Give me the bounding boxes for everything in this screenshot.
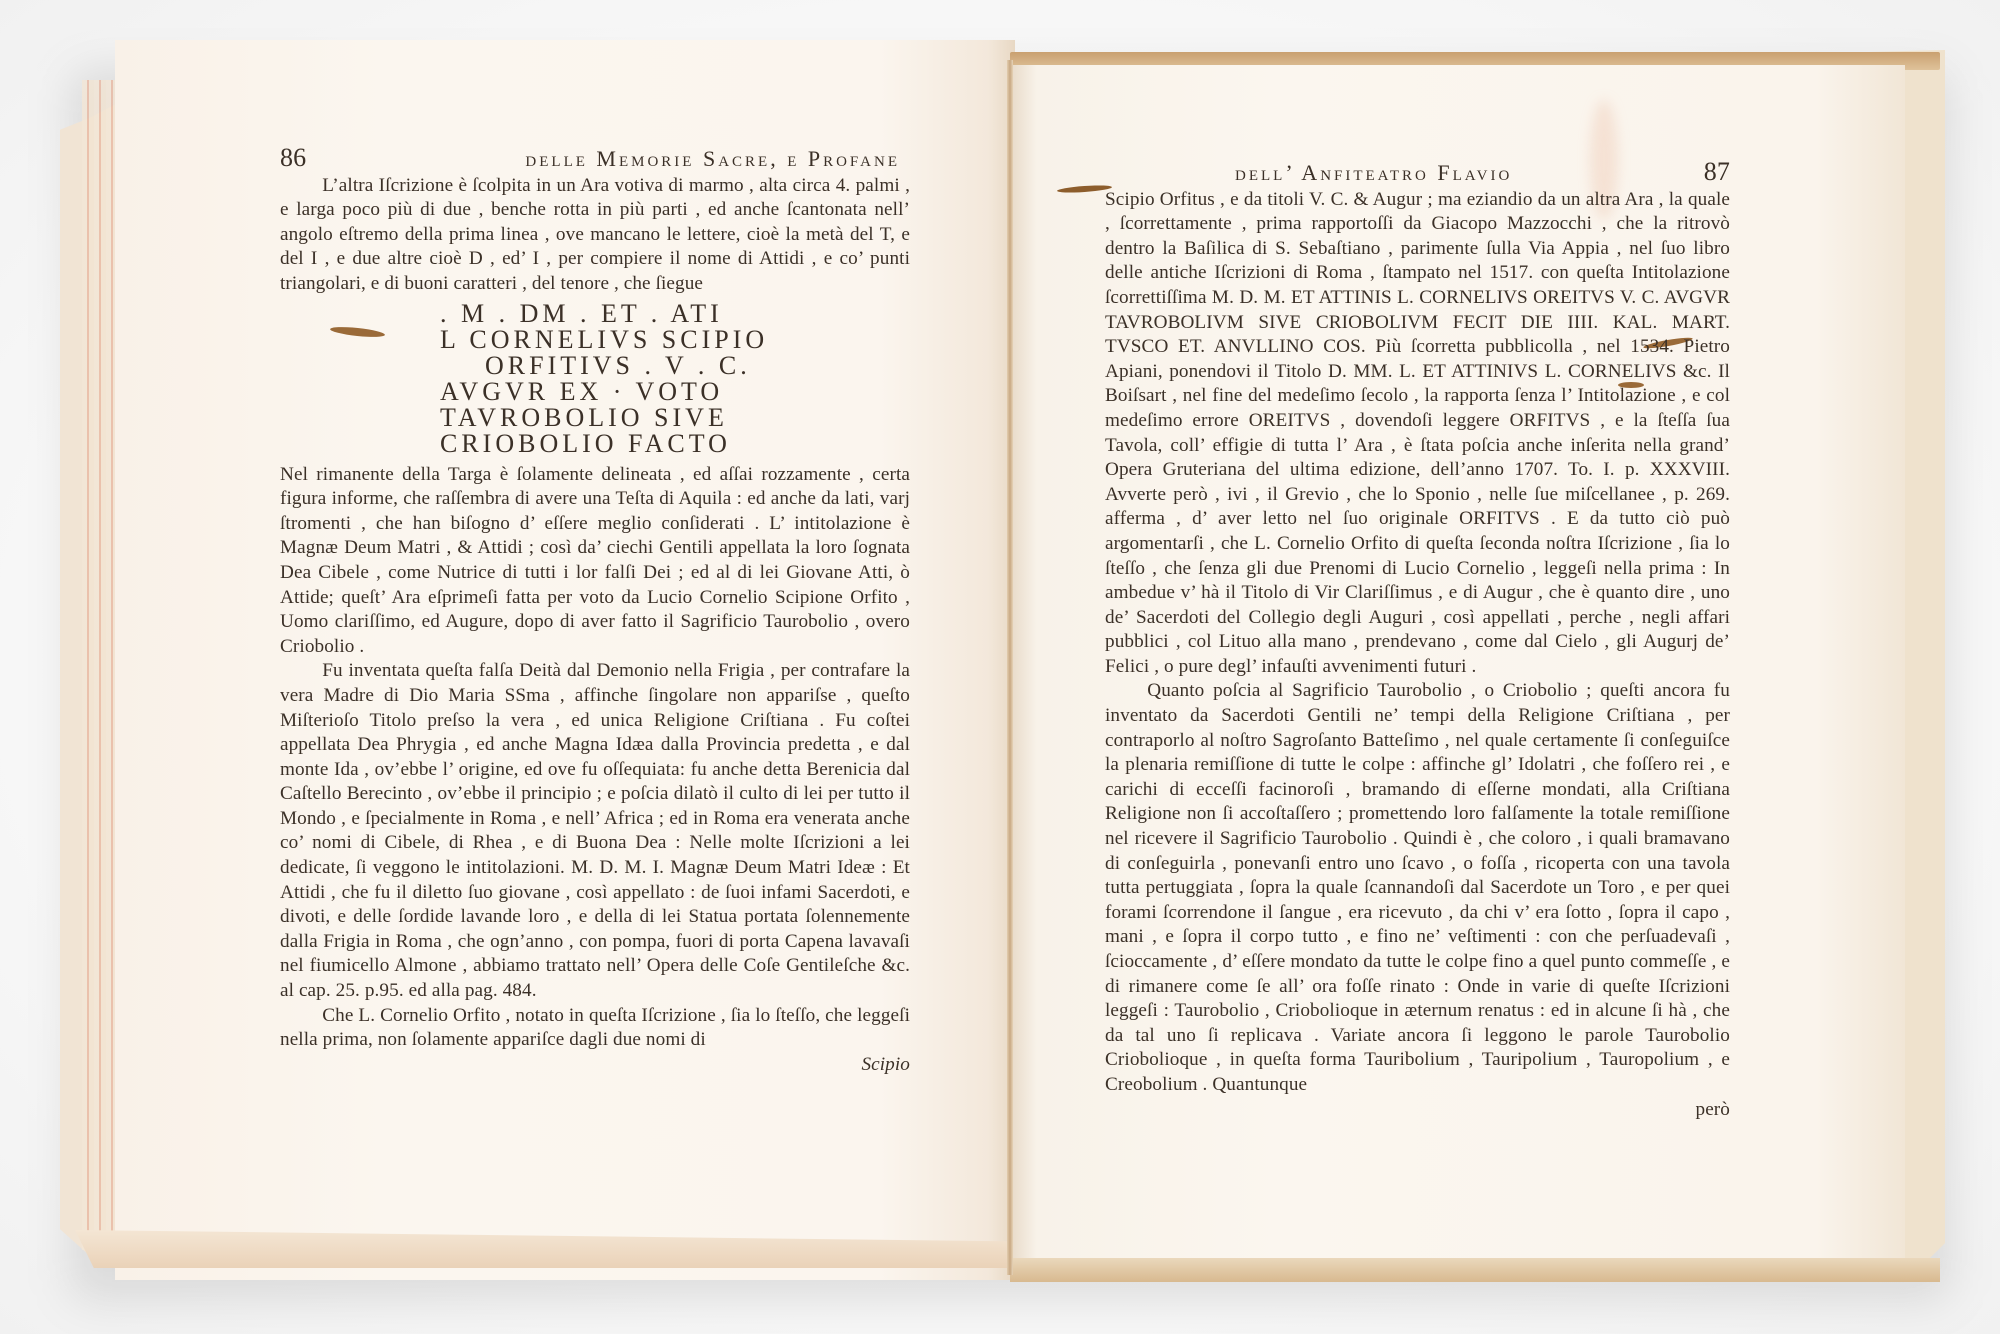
right-page-header: dell’ Anfiteatro Flavio 87 (1105, 160, 1730, 186)
page-number: 86 (280, 146, 306, 171)
running-title: dell’ Anfiteatro Flavio (1235, 161, 1512, 186)
page-number: 87 (1704, 160, 1730, 185)
inscription-line: CRIOBOLIO FACTO (440, 431, 910, 457)
left-page-header: 86 delle Memorie Sacre, e Profane (280, 146, 910, 172)
inscription: . M . DM . ET . ATI L CORNELIVS SCIPIO O… (280, 301, 910, 457)
inscription-line: L CORNELIVS SCIPIO (440, 327, 910, 353)
left-page-text: 86 delle Memorie Sacre, e Profane L’altr… (280, 146, 910, 1077)
inscription-line: AVGVR EX · VOTO (440, 379, 910, 405)
catchword: Scipio (280, 1053, 910, 1078)
paragraph: Quanto poſcia al Sagrificio Taurobolio ,… (1105, 679, 1730, 1097)
paragraph: Scipio Orfitus , e da titoli V. C. & Aug… (1105, 188, 1730, 680)
right-page-bottom-edge (1010, 1258, 1940, 1282)
inscription-line: TAVROBOLIO SIVE (440, 405, 910, 431)
catchword: però (1105, 1098, 1730, 1123)
right-page-text: dell’ Anfiteatro Flavio 87 Scipio Orfitu… (1105, 160, 1730, 1122)
inscription-line: ORFITIVS . V . C. (440, 353, 910, 379)
paragraph: L’altra Iſcrizione è ſcolpita in un Ara … (280, 174, 910, 297)
running-title: delle Memorie Sacre, e Profane (525, 147, 900, 172)
book-gutter (1007, 60, 1013, 1275)
paragraph: Fu inventata queſta falſa Deità dal Demo… (280, 659, 910, 1003)
paragraph: Nel rimanente della Targa è ſolamente de… (280, 463, 910, 660)
paragraph: Che L. Cornelio Orfito , notato in queſt… (280, 1004, 910, 1053)
inscription-line: . M . DM . ET . ATI (440, 301, 910, 327)
